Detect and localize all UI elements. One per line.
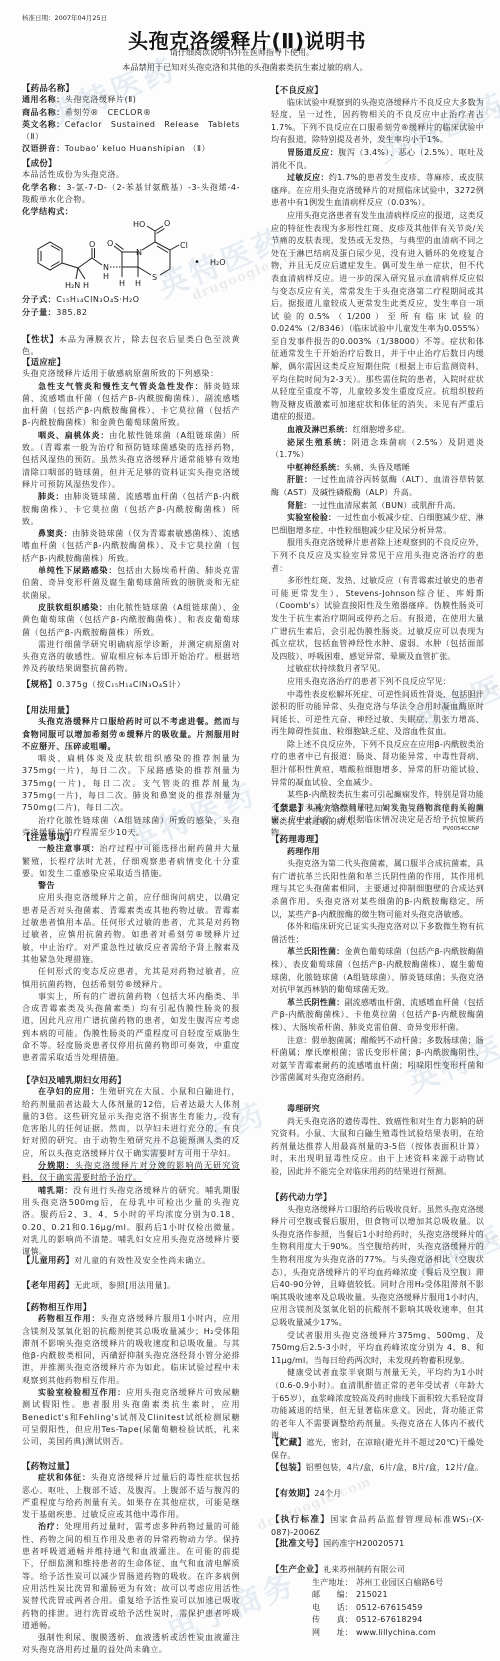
overdose-paragraph: 治疗：处理用药过量时，需考虑多种药物过量的可能性、药物之间的相互作用及患者的异常… [22,1521,240,1632]
indications-intro: 头孢克洛缓释片适用于敏感病原菌所致的下列感染： [22,368,240,380]
adverse-text: 应用头孢克洛治疗的患者下列不良反应罕见： [287,677,451,686]
adverse-text: 应用头孢克洛患者有发生血清病样反应的报道，这类反应的特征性表现为多形性红斑、皮疹… [271,211,484,422]
pharmacokinetics-paragraph: 受试者服用头孢克洛缓释片375mg、500mg、及750mg后2.5-3小时，平… [271,1330,484,1368]
row-label: 汉语拼音： [22,143,65,155]
approval-date: 核准日期：2007年04月25日 [22,13,107,22]
pharmacology-lead: 革兰氏阳性菌： [287,947,344,956]
package-line: 【包装】铝塑包装，4片/盒，6片/盒，8片/盒，12片/盒。 [271,1461,484,1475]
indication-lead: 皮肤软组织感染： [38,603,108,612]
formula-value: C₁₅H₁₄ClN₃O₄S·H₂O [56,295,139,304]
structure-label-o: O [164,219,170,228]
lactation-text: 没有进行头孢克洛缓释片的研究。哺乳期服用头孢克洛500mg后，在母乳中可检出少量… [22,1186,240,1256]
structure-label-text: 化学结构式： [22,207,73,216]
section-adverse-reactions: 【不良反应】 临床试验中观察到的头孢克洛缓释片不良反应大多数为轻度、呈一过性，因… [271,84,484,840]
lactation-paragraph: 哺乳期：没有进行头孢克洛缓释片的研究。哺乳期服用头孢克洛500mg后，在母乳中可… [22,1185,240,1259]
storage-line: 【贮藏】遮光，密封，在凉暗(避光并不超过20℃)干燥处保存。 [271,1436,484,1462]
adverse-lead: 肝脏： [287,475,312,484]
section-heading: 【用法用量】 [22,704,240,716]
adverse-text: 中毒性表皮松解坏死症、可逆性间质性肾炎、包括胆汁淤积的肝功能异常、头孢克洛与华法… [271,690,484,737]
overdose-text: 处理用药过量时，需考虑多种药物过量的可能性、药物之间的相互作用及患者的异常药物动… [22,1522,240,1629]
adverse-text: 一过性血清尿素氮（BUN）或肌酐升高。 [312,501,461,510]
adverse-paragraph: 泌尿生殖系统：阴道念珠菌病（2.5%）及阴道炎（1.7%） [271,437,484,462]
dosage-paragraph: 头孢克洛缓释片口服给药时可以不考虑进餐。然而与食物同服可以增加希刻劳®缓释片的吸… [22,716,240,753]
manufacturer-postcode-row: 邮 编：215021 [312,1589,484,1602]
section-heading: 【贮藏】 [271,1437,306,1447]
pharmacology-text: 注意：假单胞菌属；醋酸钙不动杆菌；多数肠球菌；肠杆菌属；摩氏摩根菌；雷氏变形杆菌… [271,1036,484,1083]
section-heading: 【成份】 [22,157,240,169]
pharmacology-paragraph: 革兰氏阳性菌：金黄色葡萄球菌（包括产β-内酰胺酶菌株）、表皮葡萄球菌（包括产β-… [271,946,484,996]
structure-label-h: H [83,281,89,290]
adverse-paragraph: 肾脏：一过性血清尿素氮（BUN）或肌酐升高。 [271,500,484,513]
section-heading: 【不良反应】 [271,84,484,97]
row-label: 邮 编： [312,1589,356,1602]
row-label: 生产地址： [312,1577,356,1590]
geriatric-line: 【老年用药】无此项，参照[用法用量]。 [22,1279,240,1292]
pharmacology-text: 头孢克洛为第二代头孢菌素，属口服半合成抗菌素，具有广谱抗革兰氏阳性菌和革兰氏阴性… [271,859,484,918]
pediatric-text: 对儿童的有效性及安全性尚未确立。 [74,1256,211,1265]
mw-value: 385.82 [56,308,87,317]
section-dosage: 【用法用量】 头孢克洛缓释片口服给药时可以不考虑进餐。然而与食物同服可以增加希刻… [22,704,240,839]
manufacturer-details: 生产地址：苏州工业园区白榆路6号 邮 编：215021 电 话：0512-676… [271,1577,484,1640]
molecular-weight: 分子量：385.82 [22,307,240,319]
overdose-lead: 症状和体征： [38,1473,91,1482]
row-value: Toubao' keluo Huanshipian （Ⅱ） [65,144,210,153]
interaction-lead: 药物相互作用： [38,1314,100,1323]
pharmacology-paragraph: 头孢克洛为第二代头孢菌素，属口服半合成抗菌素，具有广谱抗革兰氏阳性菌和革兰氏阴性… [271,858,484,921]
section-pharmacokinetics: 【药代动力学】 头孢克洛缓释片口服给药后吸收良好。虽然头孢克洛缓释片可空腹或餐后… [271,1191,484,1443]
manufacturer-fax-row: 传 真：0512-67618294 [312,1614,484,1627]
adverse-paragraph: 中枢神经系统：头痛、头昏及嗜睡 [271,462,484,475]
pharmacology-paragraph: 革兰氏阴性菌：副流感嗜血杆菌、流感嗜血杆菌（包括产β-内酰胺酶菌株）、卡他莫拉菌… [271,997,484,1035]
lactation-lead: 哺乳期： [38,1186,73,1195]
adverse-lead: 肾脏： [287,501,312,510]
manufacturer-name: 礼来苏州制药有限公司 [323,1565,405,1574]
row-label: 电 话： [312,1602,356,1615]
section-precautions: 【注意事项】 一般注意事项：治疗过程中可能选择出耐药菌并大量繁殖，长程疗法时尤甚… [22,831,240,1065]
row-value: www.lillychina.com [356,1628,436,1637]
section-heading: 【包装】 [271,1462,306,1472]
adverse-text: 多形性红斑、发热、过敏反应（有青霉素过敏史的患者可能更常发生）、Stevens-… [271,576,484,661]
warning-paragraph: 事实上，所有的广谱抗菌药物（包括大环内酯类、半合成青霉素类及头孢菌素类）均有引起… [22,991,240,1065]
generic-name-row: 通用名称：头孢克洛缓释片(Ⅱ) [22,94,240,106]
adverse-paragraph: 血液及淋巴系统：红细胞增多症。 [271,424,484,437]
row-label: 商品名称： [22,107,65,119]
pharmacokinetics-paragraph: 健康受试者血浆半衰期与剂量无关，平均约为1小时（0.6-0.9小时）。血清肌酐值… [271,1367,484,1443]
row-value: 215021 [356,1590,388,1599]
row-label: 传 真： [312,1614,356,1627]
geriatric-text: 无此项，参照[用法用量]。 [74,1281,175,1290]
structure-label-n: N [136,248,142,257]
indication-paragraph: 皮肤软组织感染：由化脓性链球菌（A组链球菌）、金黄色葡萄球菌（包括产β-内酰胺酶… [22,602,240,639]
strength-line: 【规格】0.375g（按C₁₅H₁₄ClN₃O₄S计） [22,678,240,691]
benzene-ring [38,242,62,270]
structure-label-s: S [152,273,157,282]
section-package: 【包装】铝塑包装，4片/盒，6片/盒，8片/盒，12片/盒。 [271,1461,484,1475]
row-value: 希刻劳® CECLOR® [65,108,152,117]
adverse-lead: 胃肠道反应： [287,148,338,157]
section-heading: 【禁忌】 [271,803,307,813]
toxicology-paragraph: 尚无头孢克洛的遗传毒性、致癌性和对生育力影响的研究资料。小鼠、大鼠和白鼬生殖毒性… [271,1116,484,1179]
active-ingredient: 本品活性成份为头孢克洛。 [22,169,240,181]
dosage-paragraph: 咽炎、扁桃体炎及皮肤软组织感染的推荐剂量为375mg(一片)，每日二次。下尿路感… [22,753,240,814]
section-heading: 【性状】 [22,334,59,344]
structure-label-ho: HO [133,220,145,229]
section-heading: 【药理毒理】 [271,833,484,846]
structure-label-h: H [119,279,125,288]
formula-label: 分子式： [22,295,56,304]
precaution-paragraph: 一般注意事项：治疗过程中可能选择出耐药菌并大量繁殖，长程疗法时尤甚，仔细观察患者… [22,843,240,880]
interaction-paragraph: 药物相互作用：头孢克洛缓释片服用1小时内，应用含镁剂及氢氧化铝的抗酸剂使其总吸收… [22,1313,240,1387]
structure-label-h2n: H₂N [65,281,80,290]
adverse-paragraph: 除上述不良反应外，下列不良反应在应用β-内酰胺类治疗的患者中已有报道：肠炎、肾功… [271,739,484,789]
overdose-lead: 治疗： [38,1522,64,1531]
indication-paragraph: 单纯性下尿路感染：包括由大肠埃希杆菌、肺炎克雷伯菌、奇异变形杆菌及腐生葡萄球菌所… [22,565,240,602]
section-heading: 【规格】 [22,679,57,689]
pharmacology-paragraph: 体外和临床研究已证实头孢克洛对以下多数微生物有抗菌活性： [271,921,484,946]
warning-paragraph: 应用头孢克洛缓释片之前，应仔细询问病史，以确定患者是否对头孢菌素、青霉素类或其他… [22,892,240,966]
structure-label: 化学结构式： [22,206,240,218]
mw-label: 分子量： [22,308,56,317]
adverse-text: 临床试验中观察到的头孢克洛缓释片不良反应大多数为轻度、呈一过性，因药物相关的不良… [271,98,484,145]
description-line: 【性状】本品为薄膜衣片，除去包衣后显类白色至淡黄色。 [22,333,240,359]
adverse-lead: 中枢神经系统： [287,463,344,472]
indication-lead: 咽炎、扁桃体炎： [38,431,109,440]
overdose-paragraph: 症状和体征：头孢克洛缓释片过量后的毒性症状包括恶心、呕吐、上腹部不适、及腹泻。上… [22,1472,240,1521]
section-indications: 【适应症】 头孢克洛缓释片适用于敏感病原菌所致的下列感染： 急性支气管炎和慢性支… [22,356,240,676]
adverse-paragraph: 肝脏：一过性血清谷丙转氨酶（ALT）、血清谷草转氨酶（AST）及碱性磷酸酶（AL… [271,474,484,499]
interaction-text: 头孢克洛缓释片服用1小时内，应用含镁剂及氢氧化铝的抗酸剂使其总吸收量减少；H₂受… [22,1314,240,1384]
section-heading: 【适应症】 [22,356,240,368]
read-instructions-notice: 请仔细阅读说明书并在医师指导下使用。 [0,47,484,58]
interaction-paragraph: 实验室检验相互作用：应用头孢克洛缓释片可致尿糖测试假阳性。患者服用头孢菌素类抗生… [22,1387,240,1448]
adverse-lead: 泌尿生殖系统： [287,438,352,447]
labor-lead: 分娩期： [38,1161,75,1170]
trade-name-row: 商品名称：希刻劳® CECLOR® [22,107,240,119]
section-description: 【性状】本品为薄膜衣片，除去包衣后显类白色至淡黄色。 [22,333,240,359]
pharmacology-action-subheading: 药理作用 [271,846,484,859]
adverse-lead: 血液及淋巴系统： [287,425,353,434]
strength-text: 0.375g（按C₁₅H₁₄ClN₃O₄S计） [57,680,186,689]
adverse-paragraph: 应用头孢克洛治疗的患者下列不良反应罕见： [271,676,484,689]
structure-label-o: O [107,239,113,248]
section-standard: 【执行标准】国家食品药品监督管理局标准WS₁-(X-087)-2006Z [271,1513,484,1539]
indication-paragraph: 鼻窦炎：由肺炎链球菌（仅为青霉素敏感菌株）、流感嗜血杆菌（包括产β-内酰胺酶菌株… [22,528,240,565]
adverse-text: 头痛、头昏及嗜睡 [344,463,410,472]
overdose-text: 强制性利尿、腹膜透析、血液透析或活性炭血液灌注对头孢克洛用药过量的益处尚未确立。 [22,1633,240,1654]
structure-label-cl: Cl [180,241,188,250]
precaution-lead: 一般注意事项： [38,844,100,853]
structure-label-nh-n: N [103,263,109,272]
adverse-text: 红细胞增多症。 [353,425,410,434]
adverse-paragraph: 中毒性表皮松解坏死症、可逆性间质性肾炎、包括胆汁淤积的肝功能异常、头孢克洛与华法… [271,689,484,739]
allergy-warning-notice: 本品禁用于已知对头孢克洛和其他的头孢菌素类抗生素过敏的病人。 [0,62,490,73]
validity-text: 24个月 [314,1489,341,1498]
pharmacokinetics-paragraph: 头孢克洛缓释片口服给药后吸收良好。虽然头孢克洛缓释片可空腹或餐后服用，但食物可以… [271,1204,484,1330]
adverse-paragraph: 胃肠道反应：腹泻（3.4%）、恶心（2.5%）、呕吐及消化不良。 [271,147,484,172]
indication-paragraph: 肺炎：由肺炎链球菌、流感嗜血杆菌（包括产β-内酰胺酶菌株）、卡它莫拉菌（包括产β… [22,491,240,528]
section-pharmacology: 【药理毒理】 药理作用 头孢克洛为第二代头孢菌素，属口服半合成抗菌素，具有广谱抗… [271,833,484,1085]
toxicology-subheading: 毒理研究 [271,1103,484,1116]
pregnancy-text: 生殖研究在大鼠、小鼠和白鼬进行，给药剂量前者达最大人体剂量的12倍，后者达最大人… [22,1087,240,1157]
indication-paragraph: 急性支气管炎和慢性支气管炎急性发作：肺炎链球菌、流感嗜血杆菌（包括产β-内酰胺酶… [22,381,240,430]
section-heading: 【批准文号】 [271,1538,323,1548]
pregnancy-paragraph: 在孕妇的应用：生殖研究在大鼠、小鼠和白鼬进行，给药剂量前者达最大人体剂量的12倍… [22,1086,240,1160]
structure-label-nh-h: H [103,272,109,281]
section-pediatric: 【儿童用药】对儿童的有效性及安全性尚未确立。 [22,1254,240,1267]
pharmacology-lead: 革兰氏阴性菌： [287,998,344,1007]
overdose-paragraph: 强制性利尿、腹膜透析、血液透析或活性炭血液灌注对头孢克洛用药过量的益处尚未确立。 [22,1632,240,1657]
section-toxicology: 毒理研究 尚无头孢克洛的遗传毒性、致癌性和对生育力影响的研究资料。小鼠、大鼠和白… [271,1103,484,1179]
manufacturer-address-row: 生产地址：苏州工业园区白榆路6号 [312,1577,484,1590]
indication-paragraph: 咽炎、扁桃体炎：由化脓性链球菌（A组链球菌）所致。（青霉素一般为治疗和预防链球菌… [22,430,240,491]
molecular-formula: 分子式：C₁₅H₁₄ClN₃O₄S·H₂O [22,294,240,306]
manufacturer-website-row: 网 址：www.lillychina.com [312,1627,484,1640]
approval-line: 【批准文号】国药准字H20020571 [271,1537,484,1551]
contraindication-line: 【禁忌】头孢克洛禁用于已知对头孢克洛和其他的头孢菌素类抗生素过敏的病人。 [271,802,484,828]
adverse-paragraph: 过敏反应：约1.7%的患者发生皮疹、荨麻疹、或皮肤瘙痒。在应用头孢克洛缓释片的对… [271,172,484,210]
indication-paragraph: 需进行细菌学研究明确病原学诊断，并测定病原菌对头孢克洛的敏感性。留取相应标本后即… [22,639,240,676]
document-code: PV0054CCNP [443,826,479,832]
row-value: 0512-67615459 [356,1603,423,1612]
section-heading: 【药代动力学】 [271,1191,484,1204]
section-geriatric: 【老年用药】无此项，参照[用法用量]。 [22,1279,240,1292]
section-overdose: 【药物过量】 症状和体征：头孢克洛缓释片过量后的毒性症状包括恶心、呕吐、上腹部不… [22,1460,240,1657]
pediatric-line: 【儿童用药】对儿童的有效性及安全性尚未确立。 [22,1254,240,1267]
row-value: 0512-67618294 [356,1615,423,1624]
section-heading: 【药物过量】 [22,1460,240,1472]
structure-label-o: O [89,240,95,249]
manufacturer-line: 【生产企业】礼来苏州制药有限公司 [271,1563,484,1577]
section-manufacturer: 【生产企业】礼来苏州制药有限公司 生产地址：苏州工业园区白榆路6号 邮 编：21… [271,1563,484,1640]
section-heading: 【药物相互作用】 [22,1301,240,1313]
section-heading: 【执行标准】 [271,1514,330,1524]
section-heading: 【注意事项】 [22,831,240,843]
chemical-name: 化学名称：3-氯-7-D-（2-苯基甘氨酰基）-3-头孢烯-4-羧酸单水化合物。 [22,182,240,207]
structure-label-h: H [135,279,141,288]
adverse-paragraph: 实验室检验：一过性血小板减少症、白细胞减少症、淋巴细胞增多症、中性粒细胞减少症及… [271,512,484,537]
chemical-structure-diagram: HO O O O N Cl S N H H₂N H H H • H₂O [30,218,235,294]
structure-label-water: H₂O [210,258,226,267]
section-composition: 【成份】 本品活性成份为头孢克洛。 化学名称：3-氯-7-D-（2-苯基甘氨酰基… [22,157,240,319]
section-heading: 【有效期】 [271,1488,314,1498]
section-heading: 【生产企业】 [271,1564,323,1574]
warning-paragraph: 任何形式的变态反应患者，尤其是对药物过敏者，应慎用抗菌药物，包括希刻劳®缓释片。 [22,966,240,991]
indication-lead: 单纯性下尿路感染： [38,566,117,575]
section-drug-name: 【药品名称】 通用名称：头孢克洛缓释片(Ⅱ) 商品名称：希刻劳® CECLOR®… [22,82,240,156]
standard-line: 【执行标准】国家食品药品监督管理局标准WS₁-(X-087)-2006Z [271,1513,484,1539]
adverse-paragraph: 应用头孢克洛患者有发生血清病样反应的报道，这类反应的特征性表现为多形性红斑、皮疹… [271,210,484,424]
manufacturer-phone-row: 电 话：0512-67615459 [312,1602,484,1615]
interaction-lead: 实验室检验相互作用： [38,1388,126,1397]
adverse-text: 除上述不良反应外，下列不良反应在应用β-内酰胺类治疗的患者中已有报道：肠炎、肾功… [271,740,484,787]
section-pregnancy-lactation: 【孕妇及哺乳期妇女用药】 在孕妇的应用：生殖研究在大鼠、小鼠和白鼬进行，给药剂量… [22,1074,240,1258]
row-value: 头孢克洛缓释片(Ⅱ) [65,95,137,104]
adverse-paragraph: 临床试验中观察到的头孢克洛缓释片不良反应大多数为轻度、呈一过性，因药物相关的不良… [271,97,484,147]
row-label: 网 址： [312,1627,356,1640]
indication-lead: 急性支气管炎和慢性支气管炎急性发作： [38,382,204,391]
row-label: 英文名称： [22,119,65,131]
adverse-text: 服用头孢克洛缓释片患者除上述观察到的不良反应外，下列不良反应及实验室异常见于应用… [271,538,484,572]
adverse-paragraph: 过敏症状持续数月者罕见。 [271,663,484,676]
section-heading: 【药品名称】 [22,82,240,94]
pharmacology-paragraph: 注意：假单胞菌属；醋酸钙不动杆菌；多数肠球菌；肠杆菌属；摩氏摩根菌；雷氏变形杆菌… [271,1035,484,1085]
english-name-row: 英文名称：Cefaclor Sustained Release Tablets … [22,119,240,144]
labor-paragraph: 分娩期：头孢克洛缓释片对分娩的影响尚无研究资料，仅于确实需要时给予治疗。 [22,1160,240,1185]
adverse-paragraph: 服用头孢克洛缓释片患者除上述观察到的不良反应外，下列不良反应及实验室异常见于应用… [271,537,484,575]
package-text: 铝塑包装，4片/盒，6片/盒，8片/盒，12片/盒。 [306,1463,483,1472]
section-approval-number: 【批准文号】国药准字H20020571 [271,1537,484,1551]
approval-text: 国药准字H20020571 [323,1539,404,1548]
row-value: 苏州工业园区白榆路6号 [356,1578,443,1587]
adverse-text: 过敏症状持续数月者罕见。 [287,664,385,673]
validity-line: 【有效期】24个月 [271,1487,484,1501]
adverse-lead: 过敏反应： [287,173,329,182]
pregnancy-lead: 在孕妇的应用： [38,1087,100,1096]
chemical-name-label: 化学名称： [22,183,66,192]
section-heading: 【孕妇及哺乳期妇女用药】 [22,1074,240,1086]
indication-lead: 肺炎： [38,492,64,501]
section-validity: 【有效期】24个月 [271,1487,484,1501]
section-heading: 【儿童用药】 [22,1255,74,1265]
pinyin-name-row: 汉语拼音：Toubao' keluo Huanshipian （Ⅱ） [22,143,240,155]
section-heading: 【老年用药】 [22,1280,74,1290]
indication-text: 需进行细菌学研究明确病原学诊断，并测定病原菌对头孢克洛的敏感性。留取相应标本后即… [22,640,240,674]
section-storage: 【贮藏】遮光，密封，在凉暗(避光并不超过20℃)干燥处保存。 [271,1436,484,1462]
row-label: 通用名称： [22,94,65,106]
structure-label-dot: • [194,257,200,268]
section-contraindications: 【禁忌】头孢克洛禁用于已知对头孢克洛和其他的头孢菌素类抗生素过敏的病人。 [271,802,484,828]
section-strength: 【规格】0.375g（按C₁₅H₁₄ClN₃O₄S计） [22,678,240,691]
indication-lead: 鼻窦炎： [38,529,72,538]
section-interactions: 【药物相互作用】 药物相互作用：头孢克洛缓释片服用1小时内，应用含镁剂及氢氧化铝… [22,1301,240,1449]
adverse-paragraph: 多形性红斑、发热、过敏反应（有青霉素过敏史的患者可能更常发生）、Stevens-… [271,575,484,663]
adverse-lead: 实验室检验： [287,513,336,522]
warning-subheading: 警告 [22,880,240,892]
pharmacology-text: 体外和临床研究已证实头孢克洛对以下多数微生物有抗菌活性： [271,922,484,944]
